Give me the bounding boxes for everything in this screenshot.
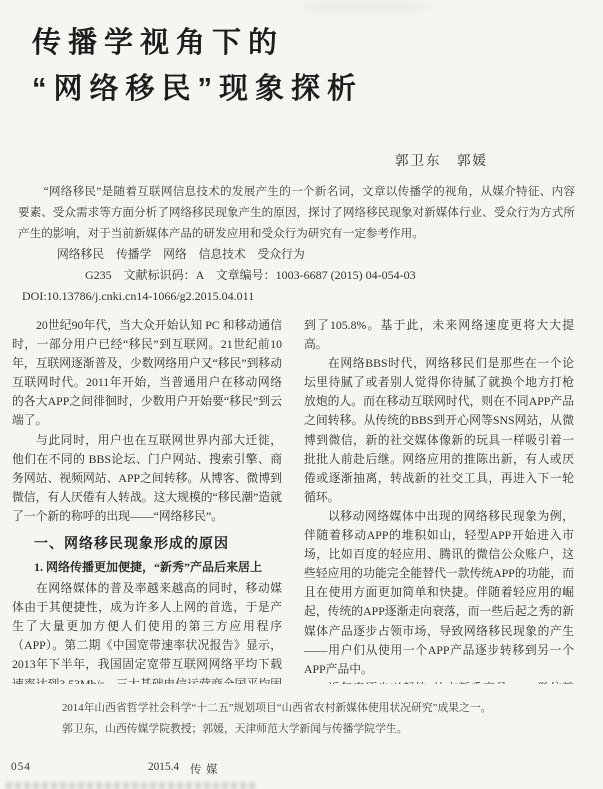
footnote-project: 2014年山西省哲学社会科学“十二五”规划项目“山西省农村新媒体使用状况研究”成…	[62, 698, 575, 719]
paragraph: 以移动网络媒体中出现的网络移民现象为例，伴随着移动APP的堆积如山，轻型APP开…	[304, 507, 574, 679]
article-title-line2: “网络移民”现象探析	[32, 66, 363, 112]
body-columns: 20世纪90年代，当大众开始认知 PC 和移动通信时，一部分用户已经“移民”到互…	[12, 316, 575, 684]
paragraph: 20世纪90年代，当大众开始认知 PC 和移动通信时，一部分用户已经“移民”到互…	[12, 316, 282, 431]
column-left: 20世纪90年代，当大众开始认知 PC 和移动通信时，一部分用户已经“移民”到互…	[12, 316, 282, 684]
footnotes: 2014年山西省哲学社会科学“十二五”规划项目“山西省农村新媒体使用状况研究”成…	[62, 698, 575, 740]
paragraph: 近年来逐步兴起的“社交新秀产品”——微信就充分地说明了这一现象。微信主要以其私人…	[304, 679, 574, 684]
page-footer: 054 2015.4 传媒	[0, 761, 603, 777]
doi-line: DOI:10.13786/j.cnki.cn14-1066/g2.2015.04…	[22, 286, 575, 307]
cutoff-text-artifact	[6, 782, 256, 789]
paragraph-continued: 到了105.8%。基于此，未来网络速度更将大大提高。	[304, 316, 574, 354]
abstract-block: “网络移民”是随着互联网信息技术的发展产生的一个新名词，文章以传播学的视角，从媒…	[18, 181, 575, 307]
column-right: 到了105.8%。基于此，未来网络速度更将大大提高。 在网络BBS时代，网络移民…	[304, 316, 574, 684]
paragraph: 与此同时，用户也在互联网世界内部大迁徙，他们在不同的 BBS论坛、门户网站、搜索…	[12, 431, 282, 526]
authors: 郭卫东 郭媛	[395, 149, 488, 169]
journal-name: 传媒	[190, 761, 223, 777]
section-heading: 一、网络移民现象形成的原因	[12, 533, 282, 553]
scanned-paper-page: 传播学视角下的 “网络移民”现象探析 郭卫东 郭媛 “网络移民”是随着互联网信息…	[0, 0, 603, 789]
classification-line: G235 文献标识码：A 文章编号：1003-6687 (2015) 04-05…	[85, 265, 575, 286]
paragraph: 在网络媒体的普及率越来越高的同时，移动媒体由于其便捷性，成为许多人上网的首选，于…	[12, 579, 282, 684]
paragraph: 在网络BBS时代，网络移民们是那些在一个论坛里待腻了或者别人觉得你待腻了就换个地…	[304, 354, 574, 507]
abstract-text: “网络移民”是随着互联网信息技术的发展产生的一个新名词，文章以传播学的视角，从媒…	[18, 181, 575, 244]
article-title-line1: 传播学视角下的	[32, 20, 363, 66]
sub-heading: 1. 网络传播更加便捷，“新秀”产品后来居上	[12, 558, 282, 577]
footnote-authors-bio: 郭卫东，山西传媒学院教授；郭媛，天津师范大学新闻与传播学院学生。	[62, 719, 575, 740]
page-number: 054	[11, 761, 31, 773]
issue-label: 2015.4	[148, 761, 179, 773]
keywords-line: 网络移民 传播学 网络 信息技术 受众行为	[57, 244, 575, 265]
article-title: 传播学视角下的 “网络移民”现象探析	[32, 20, 363, 112]
scan-smudge-artifact	[300, 2, 430, 12]
